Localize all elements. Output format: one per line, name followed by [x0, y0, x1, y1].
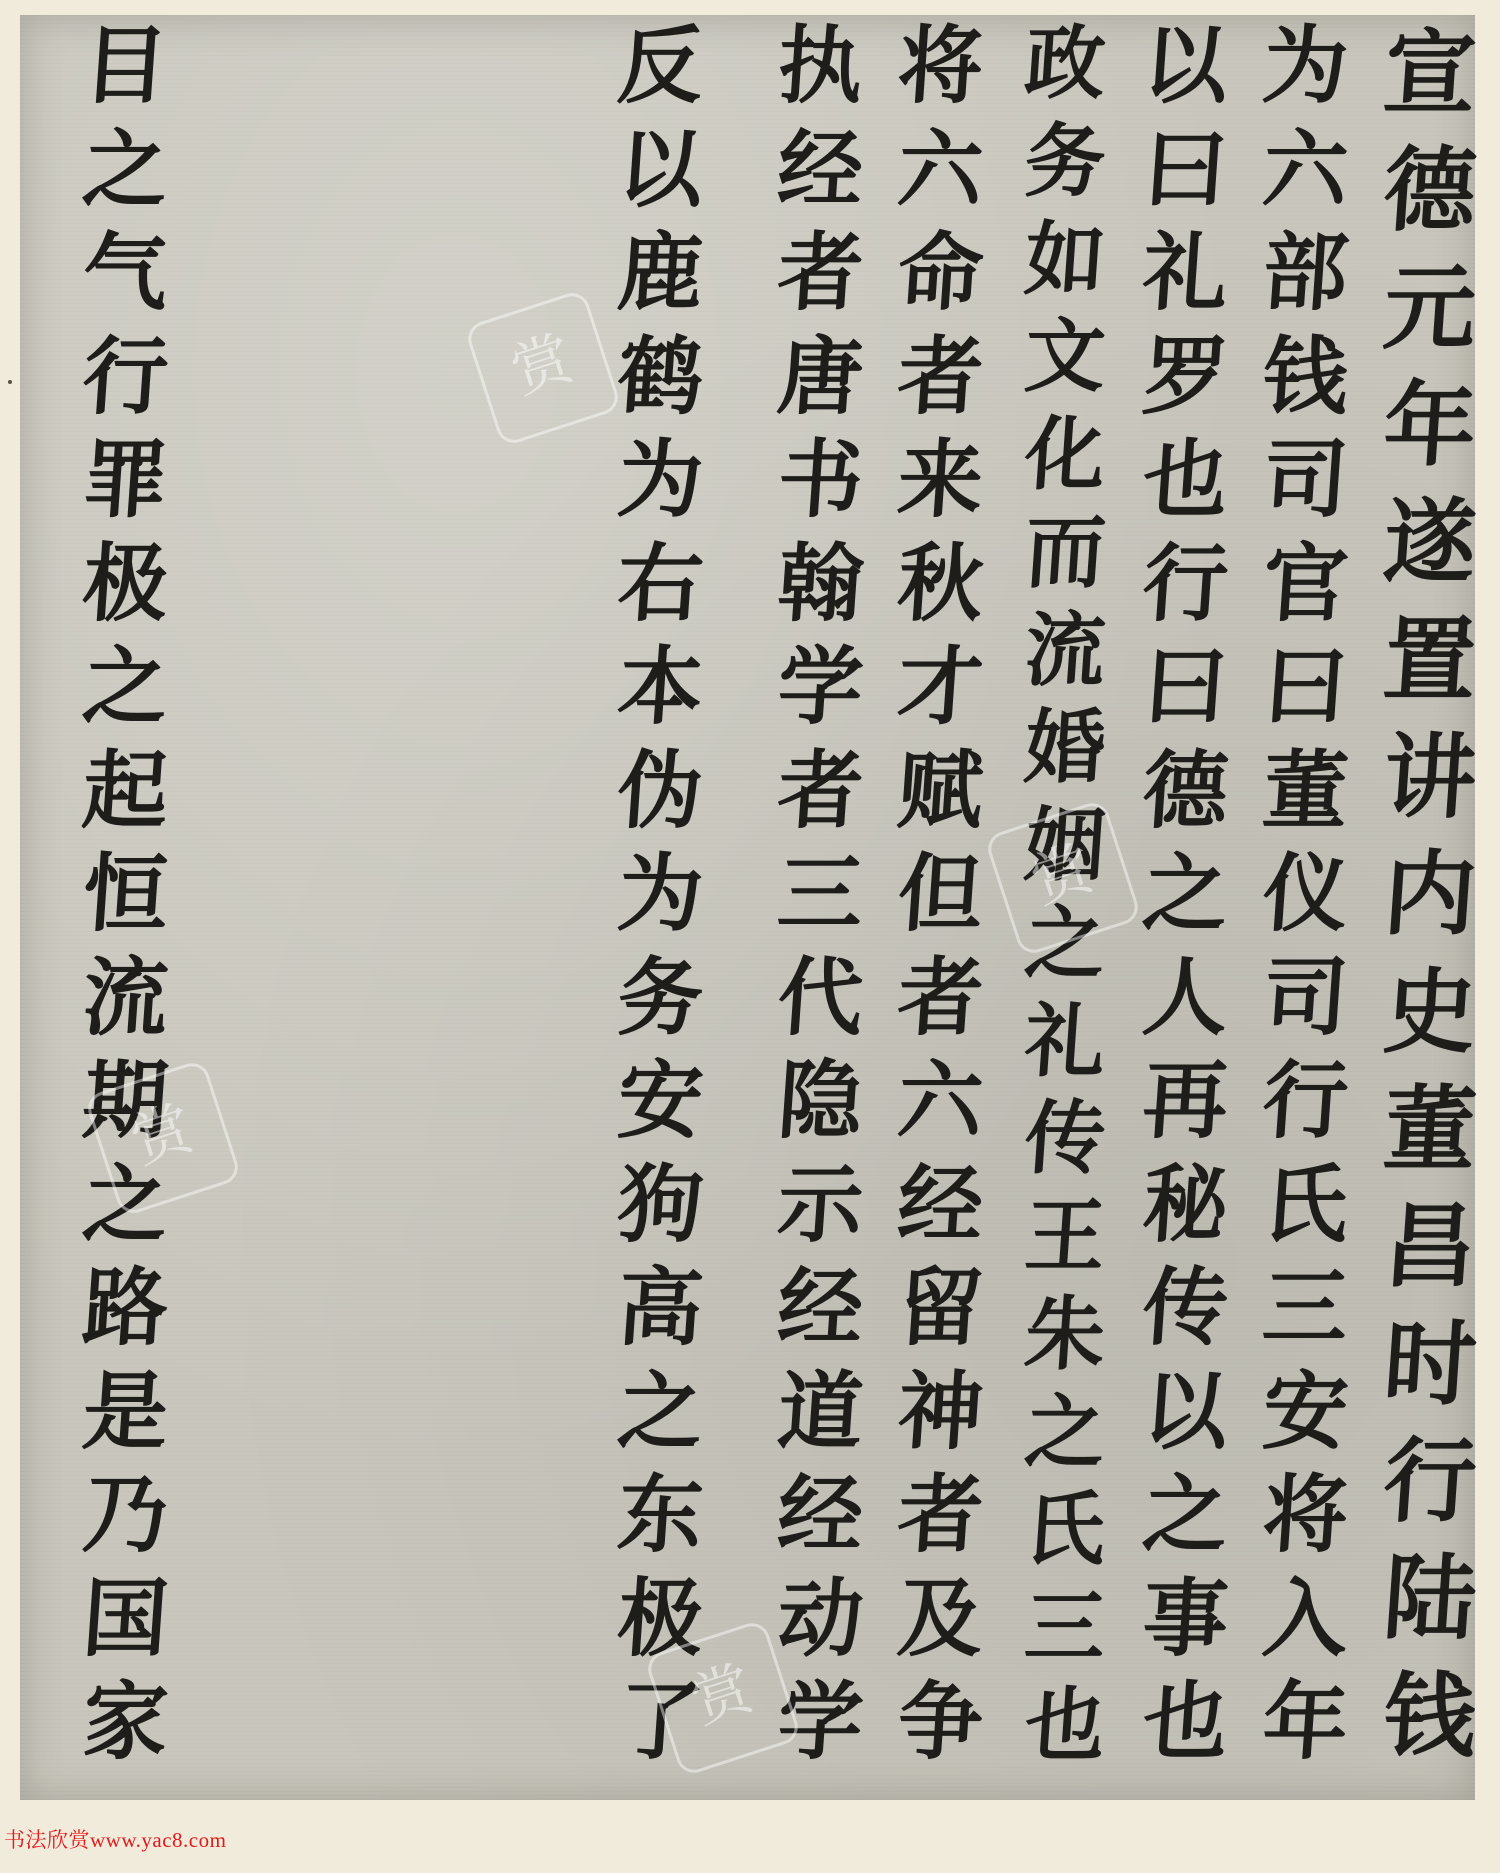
- calligraphy-glyph: 者: [774, 740, 866, 844]
- calligraphy-glyph: 再: [1139, 1050, 1231, 1154]
- calligraphy-glyph: 赋: [894, 740, 986, 844]
- calligraphy-glyph: 狗: [614, 1154, 706, 1258]
- calligraphy-glyph: 三: [774, 843, 866, 947]
- calligraphy-glyph: 神: [894, 1361, 986, 1465]
- calligraphy-glyph: 德: [1380, 132, 1480, 249]
- calligraphy-glyph: 传: [1021, 1090, 1108, 1188]
- calligraphy-glyph: 伪: [614, 740, 706, 844]
- calligraphy-glyph: 反: [614, 15, 706, 119]
- calligraphy-column-8: 目之气行罪极之起恒流期之路是乃国家: [70, 15, 180, 1775]
- calligraphy-glyph: 气: [79, 222, 171, 326]
- calligraphy-glyph: 将: [894, 15, 986, 119]
- calligraphy-glyph: 唐: [774, 326, 866, 430]
- calligraphy-glyph: 曰: [1139, 119, 1231, 223]
- calligraphy-glyph: 之: [1021, 1384, 1108, 1482]
- calligraphy-glyph: 以: [1139, 1361, 1231, 1465]
- calligraphy-column-5: 将六命者来秋才赋但者六经留神者及争: [885, 15, 995, 1775]
- calligraphy-glyph: 部: [1259, 222, 1351, 326]
- calligraphy-glyph: 务: [614, 947, 706, 1051]
- calligraphy-glyph: 仪: [1259, 843, 1351, 947]
- calligraphy-glyph: 动: [774, 1568, 866, 1672]
- seal-watermark: 赏: [464, 289, 623, 448]
- calligraphy-glyph: 目: [79, 15, 171, 119]
- calligraphy-glyph: 钱: [1380, 1658, 1480, 1775]
- calligraphy-glyph: 鹿: [614, 222, 706, 326]
- calligraphy-glyph: 氏: [1259, 1154, 1351, 1258]
- calligraphy-glyph: 王: [1021, 1188, 1108, 1286]
- calligraphy-glyph: 命: [894, 222, 986, 326]
- calligraphy-glyph: 六: [894, 119, 986, 223]
- calligraphy-glyph: 行: [1259, 1050, 1351, 1154]
- calligraphy-glyph: 之: [614, 1361, 706, 1465]
- calligraphy-glyph: 路: [79, 1257, 171, 1361]
- calligraphy-glyph: 遂: [1380, 484, 1480, 601]
- calligraphy-glyph: 礼: [1021, 993, 1108, 1091]
- calligraphy-column-1: 宣德元年遂置讲内史董昌时行陆钱: [1375, 15, 1485, 1775]
- calligraphy-glyph: 文: [1021, 308, 1108, 406]
- calligraphy-glyph: 行: [1139, 533, 1231, 637]
- calligraphy-glyph: 者: [894, 1464, 986, 1568]
- calligraphy-glyph: 流: [1021, 602, 1108, 700]
- calligraphy-glyph: 示: [774, 1154, 866, 1258]
- calligraphy-glyph: 如: [1021, 211, 1108, 309]
- calligraphy-glyph: 时: [1380, 1306, 1480, 1423]
- calligraphy-glyph: 三: [1259, 1257, 1351, 1361]
- calligraphy-glyph: 董: [1380, 1071, 1480, 1188]
- calligraphy-glyph: 置: [1380, 602, 1480, 719]
- calligraphy-glyph: 史: [1380, 954, 1480, 1071]
- calligraphy-glyph: 行: [1380, 1423, 1480, 1540]
- calligraphy-glyph: 年: [1380, 367, 1480, 484]
- calligraphy-column-6: 执经者唐书翰学者三代隐示经道经动学: [765, 15, 875, 1775]
- calligraphy-glyph: 也: [1021, 1677, 1108, 1775]
- calligraphy-glyph: 内: [1380, 836, 1480, 953]
- calligraphy-glyph: 传: [1139, 1257, 1231, 1361]
- calligraphy-glyph: 人: [1139, 947, 1231, 1051]
- calligraphy-glyph: 秋: [894, 533, 986, 637]
- calligraphy-glyph: 务: [1021, 113, 1108, 211]
- calligraphy-glyph: 也: [1139, 1671, 1231, 1775]
- calligraphy-glyph: 经: [894, 1154, 986, 1258]
- calligraphy-glyph: 恒: [79, 843, 171, 947]
- calligraphy-glyph: 司: [1259, 429, 1351, 533]
- calligraphy-glyph: 为: [614, 429, 706, 533]
- calligraphy-glyph: 年: [1259, 1671, 1351, 1775]
- calligraphy-glyph: 乃: [79, 1464, 171, 1568]
- calligraphy-glyph: 及: [894, 1568, 986, 1672]
- calligraphy-glyph: 者: [774, 222, 866, 326]
- calligraphy-glyph: 国: [79, 1568, 171, 1672]
- calligraphy-glyph: 宣: [1380, 15, 1480, 132]
- calligraphy-glyph: 是: [79, 1361, 171, 1465]
- calligraphy-glyph: 钱: [1259, 326, 1351, 430]
- calligraphy-glyph: 礼: [1139, 222, 1231, 326]
- calligraphy-glyph: 入: [1259, 1568, 1351, 1672]
- calligraphy-glyph: 安: [614, 1050, 706, 1154]
- calligraphy-glyph: 三: [1021, 1579, 1108, 1677]
- calligraphy-glyph: 司: [1259, 947, 1351, 1051]
- calligraphy-glyph: 之: [79, 119, 171, 223]
- calligraphy-glyph: 代: [774, 947, 866, 1051]
- calligraphy-glyph: 道: [774, 1361, 866, 1465]
- calligraphy-glyph: 罪: [79, 429, 171, 533]
- calligraphy-glyph: 秘: [1139, 1154, 1231, 1258]
- calligraphy-glyph: 极: [79, 533, 171, 637]
- calligraphy-glyph: 翰: [774, 533, 866, 637]
- calligraphy-glyph: 而: [1021, 504, 1108, 602]
- calligraphy-glyph: 本: [614, 636, 706, 740]
- calligraphy-glyph: 安: [1259, 1361, 1351, 1465]
- calligraphy-glyph: 家: [79, 1671, 171, 1775]
- calligraphy-glyph: 留: [894, 1257, 986, 1361]
- calligraphy-glyph: 元: [1380, 250, 1480, 367]
- calligraphy-glyph: 起: [79, 740, 171, 844]
- calligraphy-column-2: 为六部钱司官曰董仪司行氏三安将入年: [1250, 15, 1360, 1775]
- calligraphy-glyph: 政: [1021, 15, 1108, 113]
- calligraphy-glyph: 事: [1139, 1568, 1231, 1672]
- calligraphy-glyph: 曰: [1139, 636, 1231, 740]
- calligraphy-glyph: 昌: [1380, 1188, 1480, 1305]
- calligraphy-glyph: 之: [79, 636, 171, 740]
- calligraphy-glyph: 争: [894, 1671, 986, 1775]
- calligraphy-glyph: 经: [774, 119, 866, 223]
- calligraphy-glyph: 氏: [1021, 1481, 1108, 1579]
- calligraphy-glyph: 六: [1259, 119, 1351, 223]
- site-watermark: 书法欣赏www.yac8.com: [4, 1830, 226, 1851]
- calligraphy-glyph: 鹤: [614, 326, 706, 430]
- calligraphy-glyph: 朱: [1021, 1286, 1108, 1384]
- calligraphy-glyph: 但: [894, 843, 986, 947]
- calligraphy-glyph: 隐: [774, 1050, 866, 1154]
- calligraphy-glyph: 经: [774, 1257, 866, 1361]
- calligraphy-glyph: 才: [894, 636, 986, 740]
- margin-speck: [8, 380, 12, 384]
- calligraphy-glyph: 行: [79, 326, 171, 430]
- calligraphy-glyph: 化: [1021, 406, 1108, 504]
- calligraphy-glyph: 高: [614, 1257, 706, 1361]
- calligraphy-glyph: 流: [79, 947, 171, 1051]
- calligraphy-glyph: 以: [1139, 15, 1231, 119]
- calligraphy-glyph: 婚: [1021, 699, 1108, 797]
- calligraphy-glyph: 为: [614, 843, 706, 947]
- calligraphy-glyph: 者: [894, 947, 986, 1051]
- calligraphy-glyph: 讲: [1380, 719, 1480, 836]
- calligraphy-glyph: 来: [894, 429, 986, 533]
- calligraphy-glyph: 东: [614, 1464, 706, 1568]
- calligraphy-glyph: 罗: [1139, 326, 1231, 430]
- calligraphy-glyph: 将: [1259, 1464, 1351, 1568]
- calligraphy-glyph: 之: [1139, 843, 1231, 947]
- calligraphy-column-7: 反以鹿鹤为右本伪为务安狗高之东极了: [605, 15, 715, 1775]
- calligraphy-glyph: 德: [1139, 740, 1231, 844]
- calligraphy-glyph: 学: [774, 636, 866, 740]
- calligraphy-sheet: 宣德元年遂置讲内史董昌时行陆钱 为六部钱司官曰董仪司行氏三安将入年 以曰礼罗也行…: [20, 15, 1475, 1800]
- calligraphy-glyph: 为: [1259, 15, 1351, 119]
- calligraphy-glyph: 执: [774, 15, 866, 119]
- calligraphy-glyph: 六: [894, 1050, 986, 1154]
- calligraphy-column-3: 以曰礼罗也行曰德之人再秘传以之事也: [1130, 15, 1240, 1775]
- calligraphy-glyph: 者: [894, 326, 986, 430]
- calligraphy-glyph: 之: [1139, 1464, 1231, 1568]
- calligraphy-glyph: 也: [1139, 429, 1231, 533]
- calligraphy-glyph: 曰: [1259, 636, 1351, 740]
- calligraphy-glyph: 经: [774, 1464, 866, 1568]
- calligraphy-glyph: 陆: [1380, 1540, 1480, 1657]
- calligraphy-glyph: 董: [1259, 740, 1351, 844]
- calligraphy-glyph: 官: [1259, 533, 1351, 637]
- calligraphy-glyph: 右: [614, 533, 706, 637]
- calligraphy-glyph: 以: [614, 119, 706, 223]
- calligraphy-glyph: 书: [774, 429, 866, 533]
